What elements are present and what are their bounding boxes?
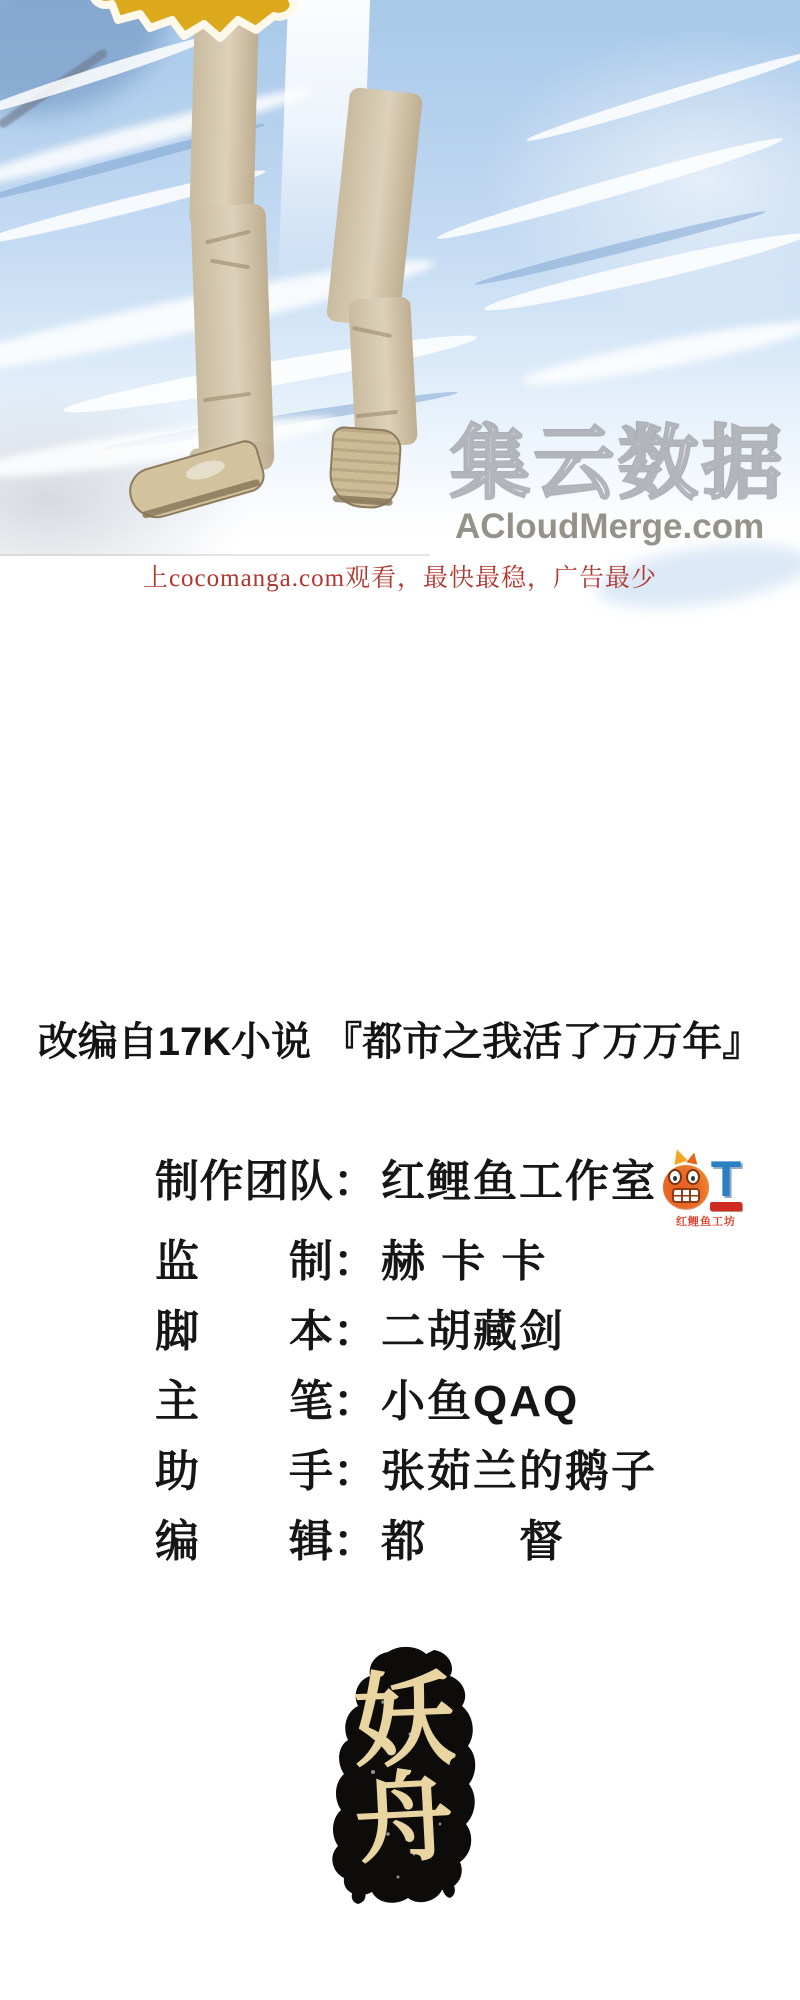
gold-burst-shape (88, 0, 298, 44)
right-shoe-sole (332, 495, 393, 506)
seal-character-yao: 妖 (326, 1667, 481, 1774)
illustration-bottom-edge (0, 554, 430, 556)
credit-label: 编辑 (155, 1518, 333, 1566)
ink-seal: 妖 舟 (328, 1642, 480, 1908)
left-shoe-sole (142, 479, 261, 519)
logo-letter-t: T (704, 1154, 748, 1206)
credit-row: 脚本：二胡藏剑 (155, 1308, 775, 1378)
credit-value: 都 督 (381, 1518, 565, 1566)
credit-value: 赫 卡 卡 (381, 1238, 547, 1286)
right-shoe (327, 426, 402, 511)
left-leg-pant-lower (190, 204, 274, 471)
credit-label-char: 编 (155, 1518, 199, 1566)
credit-label-char: 团 (244, 1158, 288, 1206)
watermark-en: ACloudMerge.com (455, 509, 800, 544)
credit-row: 监制：赫 卡 卡 (155, 1238, 775, 1308)
credit-label-char: 助 (155, 1448, 199, 1496)
credit-colon: ： (333, 1518, 365, 1566)
credit-colon: ： (333, 1378, 365, 1426)
fish-mouth-icon (672, 1188, 700, 1203)
credit-label-char: 队 (289, 1158, 333, 1206)
watermark-cn: 集云数据 (450, 424, 800, 504)
credit-colon: ： (333, 1158, 365, 1206)
credit-label: 监制 (155, 1238, 333, 1286)
credit-label-char: 主 (155, 1378, 199, 1426)
seal-character-zhou: 舟 (326, 1766, 483, 1872)
flame-icon (670, 1147, 688, 1165)
adaptation-title: 改编自17K小说 『都市之我活了万万年』 (0, 1018, 800, 1066)
credit-label-char: 脚 (155, 1308, 199, 1356)
promo-text: 上cocomanga.com观看，最快最稳，广告最少 (0, 564, 800, 594)
wind-streak (520, 312, 800, 395)
credit-value: 红鲤鱼工作室 (381, 1158, 657, 1206)
comic-credits-page: 集云数据 ACloudMerge.com 上cocomanga.com观看，最快… (0, 0, 800, 2000)
credit-label-char: 手 (289, 1448, 333, 1496)
credit-label-char: 本 (289, 1308, 333, 1356)
credit-label-char: 作 (200, 1158, 244, 1206)
credit-label-char: 制 (289, 1238, 333, 1286)
sky-legs-illustration: 集云数据 ACloudMerge.com (0, 0, 800, 556)
left-shoe-highlight (184, 457, 227, 483)
credit-colon: ： (333, 1238, 365, 1286)
left-leg-pant-upper (189, 13, 258, 225)
fish-eye-icon (686, 1169, 700, 1185)
credit-value: 二胡藏剑 (381, 1308, 565, 1356)
credit-label-char: 监 (155, 1238, 199, 1286)
logo-red-bar (710, 1202, 742, 1211)
credit-value: 小鱼QAQ (381, 1378, 579, 1426)
credit-label-char: 制 (155, 1158, 199, 1206)
credit-label-char: 辑 (289, 1518, 333, 1566)
fish-face-icon (663, 1165, 709, 1209)
logo-caption: 红鲤鱼工坊 (662, 1213, 750, 1229)
credit-row: 助手：张茹兰的鹅子 (155, 1448, 775, 1518)
credit-label: 制作团队 (155, 1158, 333, 1206)
studio-logo: T 红鲤鱼工坊 (662, 1150, 750, 1226)
fish-eye-icon (668, 1169, 682, 1185)
wind-streak (435, 131, 786, 247)
credit-colon: ： (333, 1448, 365, 1496)
credit-colon: ： (333, 1308, 365, 1356)
credit-label-char: 笔 (289, 1378, 333, 1426)
wind-streak (525, 46, 800, 146)
flame-icon (686, 1151, 699, 1164)
credit-row: 主笔：小鱼QAQ (155, 1378, 775, 1448)
credit-label: 助手 (155, 1448, 333, 1496)
right-leg-pant-lower (348, 296, 418, 447)
credit-label: 主笔 (155, 1378, 333, 1426)
credit-value: 张茹兰的鹅子 (381, 1448, 657, 1496)
credit-label: 脚本 (155, 1308, 333, 1356)
credit-row: 编辑：都 督 (155, 1518, 775, 1588)
